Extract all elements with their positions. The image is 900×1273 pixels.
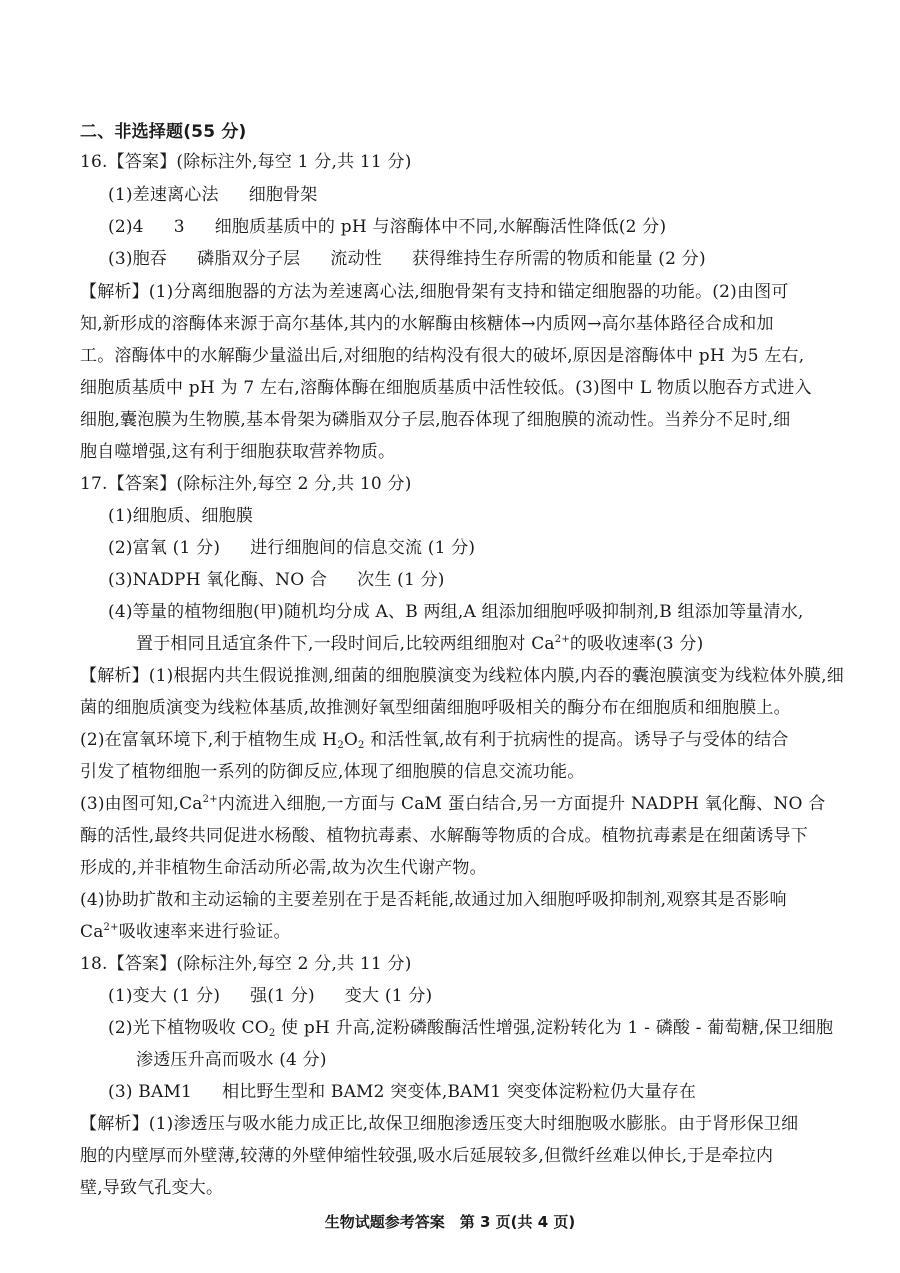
q17-a3-part2: 次生 (1 分): [357, 570, 445, 590]
text-span: (2)光下植物吸收 CO: [108, 1018, 269, 1038]
section-title: 二、非选择题(55 分): [80, 117, 855, 147]
q16-analysis-line: 【解析】(1)分离细胞器的方法为差速离心法,细胞骨架有支持和锚定细胞器的功能。(…: [80, 277, 855, 307]
q18-analysis-line: 胞的内壁厚而外壁薄,较薄的外壁伸缩性较强,吸水后延展较多,但微纤丝难以伸长,于是…: [80, 1141, 855, 1171]
q16-answer-1: (1)差速离心法细胞骨架: [108, 180, 883, 210]
q17-answer-1: (1)细胞质、细胞膜: [108, 501, 883, 531]
q16-a2-part2: 3: [174, 217, 185, 237]
answer-key-page: 二、非选择题(55 分) 16.【答案】(除标注外,每空 1 分,共 11 分)…: [0, 0, 900, 1273]
q17-analysis-4-line2: Ca2+吸收速率来进行验证。: [80, 917, 855, 947]
q17-analysis-2-line1: (2)在富氧环境下,利于植物生成 H2O2 和活性氧,故有利于抗病性的提高。诱导…: [80, 725, 855, 755]
q16-analysis-line: 胞自噬增强,这有利于细胞获取营养物质。: [80, 437, 855, 467]
q17-a3-part1: (3)NADPH 氧化酶、NO 合: [108, 570, 327, 590]
q17-analysis-2-line2: 引发了植物细胞一系列的防御反应,体现了细胞膜的信息交流功能。: [80, 757, 855, 787]
q17-analysis-4-line1: (4)协助扩散和主动运输的主要差别在于是否耗能,故通过加入细胞呼吸抑制剂,观察其…: [80, 885, 855, 915]
q18-analysis-line: 壁,导致气孔变大。: [80, 1173, 855, 1203]
text-span: 的吸收速率(3 分): [570, 634, 703, 654]
text-span: (3)由图可知,Ca: [80, 794, 203, 814]
q17-answer-4-line1: (4)等量的植物细胞(甲)随机均分成 A、B 两组,A 组添加细胞呼吸抑制剂,B…: [108, 597, 883, 627]
q16-header: 16.【答案】(除标注外,每空 1 分,共 11 分): [80, 147, 855, 177]
q17-analysis-3-line3: 形成的,并非植物生命活动所必需,故为次生代谢产物。: [80, 853, 855, 883]
page-footer: 生物试题参考答案 第 3 页(共 4 页): [0, 1210, 900, 1234]
text-span: 内流进入细胞,一方面与 CaM 蛋白结合,另一方面提升 NADPH 氧化酶、NO…: [218, 794, 826, 814]
q18-a3-part2: 相比野生型和 BAM2 突变体,BAM1 突变体淀粉粒仍大量存在: [222, 1082, 696, 1102]
text-span: (2)在富氧环境下,利于植物生成 H: [80, 730, 337, 750]
q16-answer-3: (3)胞吞磷脂双分子层流动性获得维持生存所需的物质和能量 (2 分): [108, 244, 883, 274]
q18-analysis-line: 【解析】(1)渗透压与吸水能力成正比,故保卫细胞渗透压变大时细胞吸水膨胀。由于肾…: [80, 1109, 855, 1139]
text-span: 置于相同且适宜条件下,一段时间后,比较两组细胞对 Ca: [136, 634, 555, 654]
q16-a2-part3: 细胞质基质中的 pH 与溶酶体中不同,水解酶活性降低(2 分): [215, 217, 667, 237]
q17-analysis-line: 菌的细胞质演变为线粒体基质,故推测好氧型细菌细胞呼吸相关的酶分布在细胞质和细胞膜…: [80, 693, 855, 723]
text-span: O: [344, 730, 358, 750]
text-span: 吸收速率来进行验证。: [119, 922, 291, 942]
q16-analysis-line: 细胞,囊泡膜为生物膜,基本骨架为磷脂双分子层,胞吞体现了细胞膜的流动性。当养分不…: [80, 405, 855, 435]
text-span: 和活性氧,故有利于抗病性的提高。诱导子与受体的结合: [365, 730, 789, 750]
q18-a1-part1: (1)变大 (1 分): [108, 986, 220, 1006]
q18-a1-part3: 变大 (1 分): [345, 986, 433, 1006]
q17-analysis-line: 【解析】(1)根据内共生假说推测,细菌的细胞膜演变为线粒体内膜,内吞的囊泡膜演变…: [80, 661, 855, 691]
q16-a2-part1: (2)4: [108, 217, 144, 237]
q16-a3-part2: 磷脂双分子层: [197, 249, 300, 269]
q17-a2-part2: 进行细胞间的信息交流 (1 分): [250, 538, 475, 558]
superscript: 2+: [104, 922, 119, 933]
q16-a1-part1: (1)差速离心法: [108, 185, 219, 205]
text-span: Ca: [80, 922, 104, 942]
q18-answer-2-line1: (2)光下植物吸收 CO2 使 pH 升高,淀粉磷酸酶活性增强,淀粉转化为 1 …: [108, 1013, 883, 1043]
q18-answer-1: (1)变大 (1 分)强(1 分)变大 (1 分): [108, 981, 883, 1011]
q17-answer-4-line2: 置于相同且适宜条件下,一段时间后,比较两组细胞对 Ca2+的吸收速率(3 分): [136, 629, 900, 659]
q16-a1-part2: 细胞骨架: [249, 185, 318, 205]
q16-a3-part4: 获得维持生存所需的物质和能量 (2 分): [412, 249, 706, 269]
q16-answer-2: (2)43细胞质基质中的 pH 与溶酶体中不同,水解酶活性降低(2 分): [108, 212, 883, 242]
q17-answer-2: (2)富氧 (1 分)进行细胞间的信息交流 (1 分): [108, 533, 883, 563]
superscript: 2+: [555, 634, 570, 645]
q16-analysis-line: 工。溶酶体中的水解酶少量溢出后,对细胞的结构没有很大的破坏,原因是溶酶体中 pH…: [80, 341, 855, 371]
q18-header: 18.【答案】(除标注外,每空 2 分,共 11 分): [80, 949, 855, 979]
q17-answer-3: (3)NADPH 氧化酶、NO 合次生 (1 分): [108, 565, 883, 595]
q16-a3-part1: (3)胞吞: [108, 249, 167, 269]
q18-answer-2-line2: 渗透压升高而吸水 (4 分): [136, 1045, 900, 1075]
q16-analysis-line: 细胞质基质中 pH 为 7 左右,溶酶体酶在细胞质基质中活性较低。(3)图中 L…: [80, 373, 855, 403]
q17-header: 17.【答案】(除标注外,每空 2 分,共 10 分): [80, 469, 855, 499]
q17-a2-part1: (2)富氧 (1 分): [108, 538, 220, 558]
q17-analysis-3-line2: 酶的活性,最终共同促进水杨酸、植物抗毒素、水解酶等物质的合成。植物抗毒素是在细菌…: [80, 821, 855, 851]
superscript: 2+: [203, 794, 218, 805]
q18-a3-part1: (3) BAM1: [108, 1082, 192, 1102]
q18-a1-part2: 强(1 分): [250, 986, 315, 1006]
q16-a3-part3: 流动性: [330, 249, 382, 269]
q16-analysis-line: 知,新形成的溶酶体来源于高尔基体,其内的水解酶由核糖体→内质网→高尔基体路径合成…: [80, 309, 855, 339]
q17-analysis-3-line1: (3)由图可知,Ca2+内流进入细胞,一方面与 CaM 蛋白结合,另一方面提升 …: [80, 789, 855, 819]
q18-answer-3: (3) BAM1相比野生型和 BAM2 突变体,BAM1 突变体淀粉粒仍大量存在: [108, 1077, 883, 1107]
text-span: 使 pH 升高,淀粉磷酸酶活性增强,淀粉转化为 1 - 磷酸 - 葡萄糖,保卫细…: [275, 1018, 833, 1038]
